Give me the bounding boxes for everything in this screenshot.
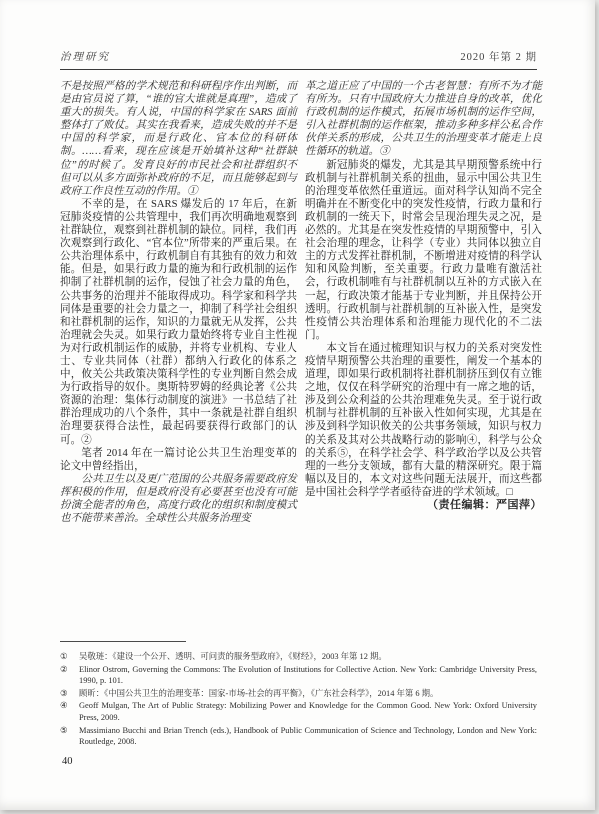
footnote-text: Geoff Mulgan, The Art of Public Strategy… [79,700,537,723]
footnote-item: ③ 顾昕：《中国公共卫生的治理变革：国家-市场-社会的再平衡》，《广东社会科学》… [60,688,537,700]
footnote-list: ① 吴敬琏：《建设一个公开、透明、可问责的服务型政府》，《财经》，2003 年第… [60,651,537,748]
footnote-item: ② Elinor Ostrom, Governing the Commons: … [60,664,537,687]
issue-label: 2020 年第 2 期 [460,49,537,64]
footnote-text: 吴敬琏：《建设一个公开、透明、可问责的服务型政府》，《财经》，2003 年第 1… [79,651,537,663]
footnote-text: Elinor Ostrom, Governing the Commons: Th… [79,664,537,687]
footnote-marker: ② [60,664,72,687]
footnote-marker: ① [60,651,72,663]
paragraph-1: 不幸的是，在 SARS 爆发后的 17 年后，在新冠肺炎疫情的公共管理中，我们再… [60,198,297,447]
quote-passage-2-part1: 公共卫生以及更广范围的公共服务需要政府发挥积极的作用，但是政府没有必要甚至也没有… [60,473,297,525]
page-number: 40 [62,756,73,767]
paragraph-3: 新冠肺炎的爆发，尤其是其早期预警系统中行政机制与社群机制关系的扭曲，显示中国公共… [305,159,542,342]
footnote-divider [60,641,186,642]
left-column: 不是按照严格的学术规范和科研程序作出判断，而是由官员说了算，“谁的官大谁就是真理… [60,80,297,525]
footnote-text: Massimiano Bucchi and Brian Trench (eds.… [79,725,537,748]
footnote-item: ① 吴敬琏：《建设一个公开、透明、可问责的服务型政府》，《财经》，2003 年第… [60,651,537,663]
footnote-marker: ⑤ [60,725,72,748]
footnote-item: ⑤ Massimiano Bucchi and Brian Trench (ed… [60,725,537,748]
page-header: 治理研究 2020 年第 2 期 [60,49,537,64]
footnote-item: ④ Geoff Mulgan, The Art of Public Strate… [60,700,537,723]
editor-note: （责任编辑：严国萍） [305,499,542,512]
right-column: 革之道正应了中国的一个古老智慧：有所不为才能有所为。只有中国政府大力推进自身的改… [305,80,542,525]
header-divider [60,69,537,70]
quote-passage-1: 不是按照严格的学术规范和科研程序作出判断，而是由官员说了算，“谁的官大谁就是真理… [60,80,297,198]
quote-passage-2-part2: 革之道正应了中国的一个古老智慧：有所不为才能有所为。只有中国政府大力推进自身的改… [305,80,542,159]
paragraph-4: 本文旨在通过梳理知识与权力的关系对突发性疫情早期预警公共治理的重要性，阐发一个基… [305,342,542,499]
journal-page: 治理研究 2020 年第 2 期 不是按照严格的学术规范和科研程序作出判断，而是… [0,0,595,810]
article-body: 不是按照严格的学术规范和科研程序作出判断，而是由官员说了算，“谁的官大谁就是真理… [60,80,542,525]
footnote-section: ① 吴敬琏：《建设一个公开、透明、可问责的服务型政府》，《财经》，2003 年第… [60,641,537,749]
paragraph-2: 笔者 2014 年在一篇讨论公共卫生治理变革的论文中曾经指出， [60,447,297,473]
footnote-marker: ③ [60,688,72,700]
footnote-text: 顾昕：《中国公共卫生的治理变革：国家-市场-社会的再平衡》，《广东社会科学》，2… [79,688,537,700]
footnote-marker: ④ [60,700,72,723]
journal-title: 治理研究 [60,49,110,64]
